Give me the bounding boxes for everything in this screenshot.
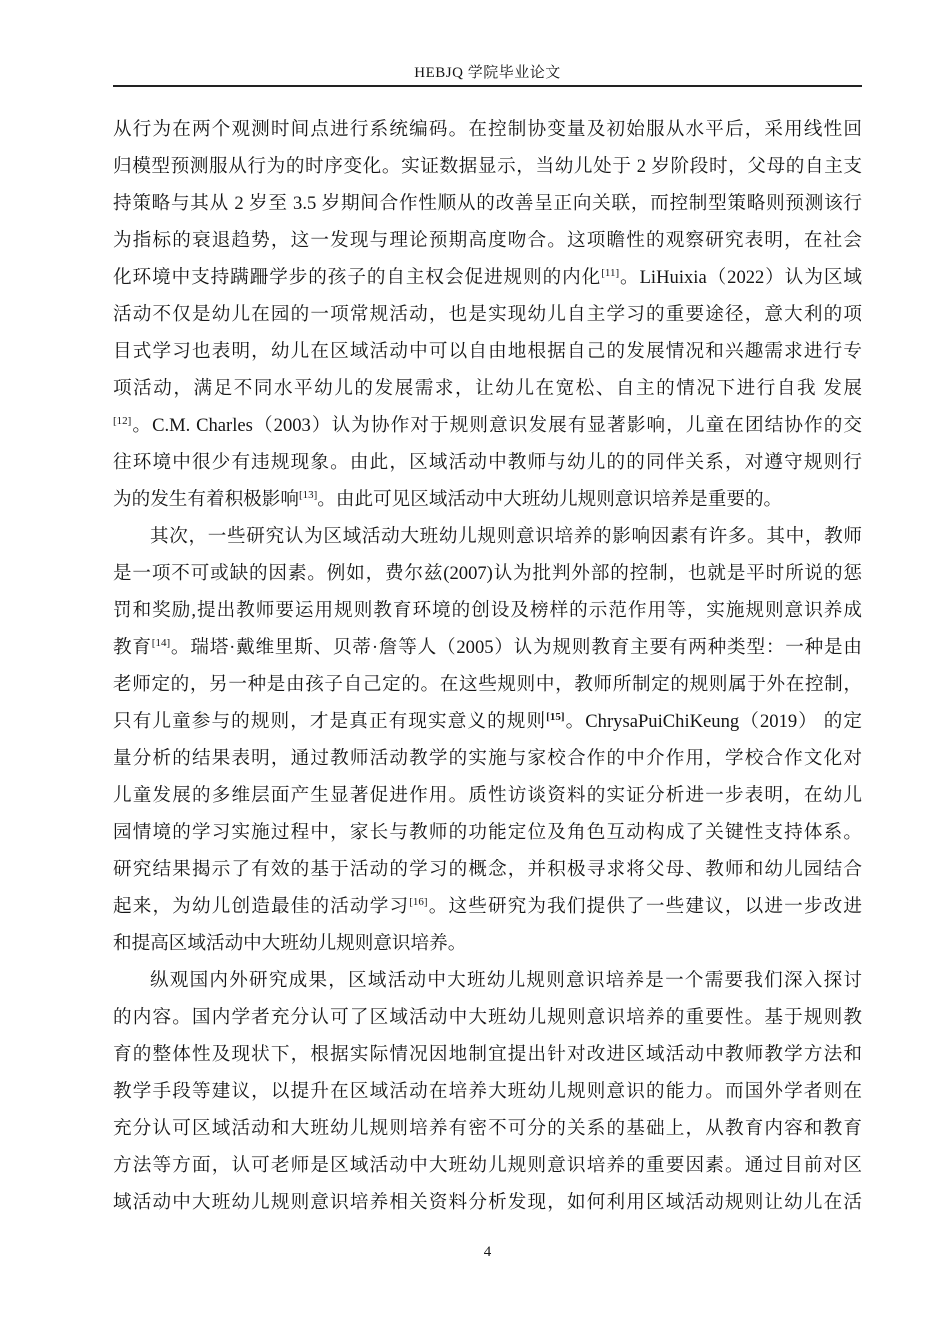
text-line: 方法等方面，认可老师是区域活动中大班幼儿规则意识培养的重要因素。通过目前对区: [113, 1147, 862, 1184]
page-footer: 4: [113, 1242, 862, 1262]
text-line: 为指标的衰退趋势，这一发现与理论预期高度吻合。这项瞻性的观察研究表明，在社会: [113, 222, 862, 259]
citation-marker: [13]: [299, 489, 317, 501]
citation-marker: [11]: [601, 267, 619, 279]
text-line: 目式学习也表明，幼儿在区域活动中可以自由地根据自己的发展情况和兴趣需求进行专: [113, 333, 862, 370]
header-title: HEBJQ 学院毕业论文: [414, 64, 560, 82]
page-header: HEBJQ 学院毕业论文: [113, 0, 862, 87]
text-line: 老师定的，另一种是由孩子自己定的。在这些规则中，教师所制定的规则属于外在控制，: [113, 666, 862, 703]
text-line: 罚和奖励,提出教师要运用规则教育环境的创设及榜样的示范作用等，实施规则意识养成: [113, 592, 862, 629]
text-line: 起来，为幼儿创造最佳的活动学习[16]。这些研究为我们提供了一些建议，以进一步改…: [113, 888, 862, 925]
text-line: 和提高区域活动中大班幼儿规则意识培养。: [113, 925, 862, 962]
text-line: 活动不仅是幼儿在园的一项常规活动，也是实现幼儿自主学习的重要途径，意大利的项: [113, 296, 862, 333]
text-line: 研究结果揭示了有效的基于活动的学习的概念，并积极寻求将父母、教师和幼儿园结合: [113, 851, 862, 888]
page-number: 4: [484, 1244, 492, 1260]
text-line: 教学手段等建议，以提升在区域活动在培养大班幼儿规则意识的能力。而国外学者则在: [113, 1073, 862, 1110]
text-line: [12]。C.M. Charles（2003）认为协作对于规则意识发展有显著影响…: [113, 407, 862, 444]
text-line: 化环境中支持蹒跚学步的孩子的自主权会促进规则的内化[11]。LiHuixia（2…: [113, 259, 862, 296]
text-line: 量分析的结果表明，通过教师活动教学的实施与家校合作的中介作用，学校合作文化对: [113, 740, 862, 777]
text-line: 充分认可区域活动和大班幼儿规则培养有密不可分的关系的基础上，从教育内容和教育: [113, 1110, 862, 1147]
text-line: 儿童发展的多维层面产生显著促进作用。质性访谈资料的实证分析进一步表明，在幼儿: [113, 777, 862, 814]
text-line: 归模型预测服从行为的时序变化。实证数据显示，当幼儿处于 2 岁阶段时，父母的自主…: [113, 148, 862, 185]
text-line: 纵观国内外研究成果，区域活动中大班幼儿规则意识培养是一个需要我们深入探讨: [113, 962, 862, 999]
text-line: 是一项不可或缺的因素。例如，费尔兹(2007)认为批判外部的控制，也就是平时所说…: [113, 555, 862, 592]
text-line: 项活动，满足不同水平幼儿的发展需求，让幼儿在宽松、自主的情况下进行自我 发展: [113, 370, 862, 407]
text-line: 持策略与其从 2 岁至 3.5 岁期间合作性顺从的改善呈正向关联，而控制型策略则…: [113, 185, 862, 222]
text-line: 教育[14]。瑞塔·戴维里斯、贝蒂·詹等人（2005）认为规则教育主要有两种类型…: [113, 629, 862, 666]
text-line: 为的发生有着积极影响[13]。由此可见区域活动中大班幼儿规则意识培养是重要的。: [113, 481, 862, 518]
text-line: 园情境的学习实施过程中，家长与教师的功能定位及角色互动构成了关键性支持体系。: [113, 814, 862, 851]
citation-marker: [15]: [546, 711, 564, 723]
document-body: 从行为在两个观测时间点进行系统编码。在控制协变量及初始服从水平后，采用线性回归模…: [113, 111, 862, 1221]
text-line: 的内容。国内学者充分认可了区域活动中大班幼儿规则意识培养的重要性。基于规则教: [113, 999, 862, 1036]
citation-marker: [12]: [113, 415, 131, 427]
text-line: 其次，一些研究认为区域活动大班幼儿规则意识培养的影响因素有许多。其中，教师: [113, 518, 862, 555]
text-line: 域活动中大班幼儿规则意识培养相关资料分析发现，如何利用区域活动规则让幼儿在活: [113, 1184, 862, 1221]
text-line: 从行为在两个观测时间点进行系统编码。在控制协变量及初始服从水平后，采用线性回: [113, 111, 862, 148]
citation-marker: [16]: [409, 896, 427, 908]
citation-marker: [14]: [152, 637, 170, 649]
text-line: 育的整体性及现状下，根据实际情况因地制宜提出针对改进区域活动中教师教学方法和: [113, 1036, 862, 1073]
text-line: 往环境中很少有违规现象。由此，区域活动中教师与幼儿的的同伴关系，对遵守规则行: [113, 444, 862, 481]
text-line: 只有儿童参与的规则，才是真正有现实意义的规则[15]。ChrysaPuiChiK…: [113, 703, 862, 740]
thesis-page: HEBJQ 学院毕业论文 从行为在两个观测时间点进行系统编码。在控制协变量及初始…: [0, 0, 950, 1344]
